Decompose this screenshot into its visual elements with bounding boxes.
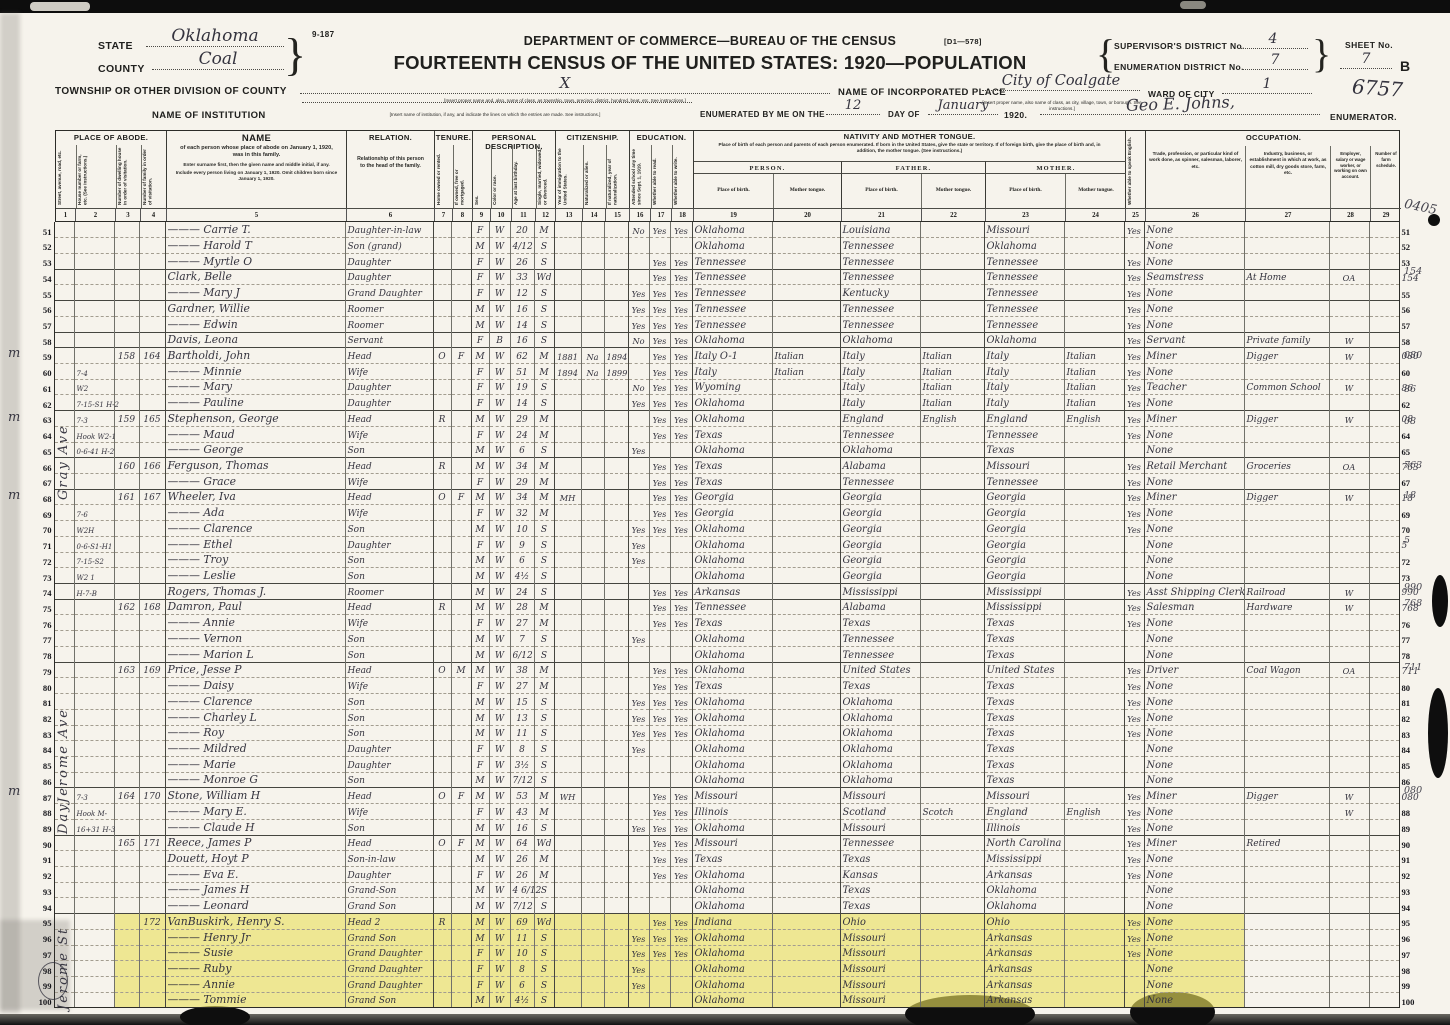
cell-c13 [554, 819, 581, 835]
cell-c21: Georgia [840, 489, 920, 505]
cell-c19: Oklahoma [692, 521, 772, 537]
cell-c29 [1369, 678, 1399, 694]
census-row-74: 74H-7-BRogers, Thomas J.RoomerMW24SYesYe… [28, 584, 1429, 600]
col-label-16: Attended school any time since Sept. 1, … [631, 146, 650, 206]
cell-c14 [581, 804, 604, 820]
cell-c26: None [1144, 694, 1244, 710]
cell-c8 [451, 631, 471, 647]
stamp-number: 6757 [1351, 74, 1403, 101]
cell-c3 [114, 756, 139, 772]
cell-c5: ——— Ethel [165, 536, 345, 552]
cell-c19: Italy [692, 363, 772, 379]
cell-c11: 6 [510, 442, 534, 458]
cell-c11: 10 [510, 945, 534, 961]
cell-c9: M [471, 552, 489, 568]
supervisor-district-value: 4 [1269, 31, 1278, 47]
cell-c29 [1369, 301, 1399, 317]
cell-c9: M [471, 709, 489, 725]
cell-c26: None [1144, 521, 1244, 537]
cell-c24: Italian [1064, 348, 1124, 364]
cell-c11: 11 [510, 929, 534, 945]
cell-c18: Yes [670, 348, 692, 364]
cell-c24 [1064, 835, 1124, 851]
cell-c29 [1369, 253, 1399, 269]
cell-c11: 32 [510, 505, 534, 521]
census-row-67: 67——— GraceWifeFW29MYesYesTexasTennessee… [28, 474, 1429, 490]
cell-c23: Oklahoma [984, 882, 1064, 898]
line-number-right: 96 [1399, 929, 1429, 945]
cell-c5: ——— Myrtle O [165, 253, 345, 269]
cell-c28 [1329, 945, 1369, 961]
cell-c19: Oklahoma [692, 756, 772, 772]
cell-c8 [451, 678, 471, 694]
cell-c11: 24 [510, 426, 534, 442]
cell-c24 [1064, 615, 1124, 631]
line-number-left: 80 [28, 678, 54, 694]
census-row-87: 877-3164170Stone, William HHeadOFMW53MWH… [28, 788, 1429, 804]
cell-c26: Seamstress [1144, 269, 1244, 285]
cell-c20 [772, 426, 840, 442]
cell-c29 [1369, 725, 1399, 741]
cell-c28 [1329, 851, 1369, 867]
cell-c13 [554, 222, 581, 238]
col-label-6: Relationship of this person to the head … [357, 156, 424, 171]
cell-c12: S [534, 741, 554, 757]
cell-c24 [1064, 694, 1124, 710]
cell-c21: Tennessee [840, 301, 920, 317]
cell-c12: S [534, 772, 554, 788]
cell-c17: Yes [649, 411, 670, 427]
cell-c18: Yes [670, 804, 692, 820]
cell-c19: Oklahoma [692, 536, 772, 552]
cell-c1 [54, 568, 74, 584]
cell-c29 [1369, 741, 1399, 757]
cell-c2 [74, 866, 114, 882]
cell-c26: None [1144, 992, 1244, 1008]
cell-c27 [1244, 505, 1329, 521]
cell-c23: Arkansas [984, 977, 1064, 993]
cell-c24 [1064, 662, 1124, 678]
cell-c6: Head [345, 348, 433, 364]
cell-c9: M [471, 882, 489, 898]
cell-c28 [1329, 898, 1369, 914]
margin-number: 154 [1404, 266, 1422, 277]
cell-c29 [1369, 599, 1399, 615]
cell-c10: W [489, 866, 510, 882]
cell-c3 [114, 709, 139, 725]
cell-c20 [772, 253, 840, 269]
col-number-4: 4 [141, 208, 167, 221]
cell-c21: Texas [840, 882, 920, 898]
line-number-right: 94 [1399, 898, 1429, 914]
cell-c26: None [1144, 615, 1244, 631]
group-title-abode: PLACE OF ABODE. [56, 133, 166, 142]
cell-c23: Mississippi [984, 599, 1064, 615]
cell-c6: Head 2 [345, 914, 433, 930]
cell-c24 [1064, 285, 1124, 301]
cell-c28 [1329, 977, 1369, 993]
subgroup-title-mother: MOTHER. [986, 162, 1126, 172]
cell-c13 [554, 694, 581, 710]
census-row-62: 627-15-S1 H-2——— PaulineDaughterFW14SYes… [28, 395, 1429, 411]
cell-c12: S [534, 238, 554, 254]
cell-c12: S [534, 631, 554, 647]
col-number-21: 21 [842, 208, 922, 221]
cell-c26: None [1144, 395, 1244, 411]
cell-c27 [1244, 395, 1329, 411]
census-row-86: 86——— Monroe GSonMW7/12SOklahomaOklahoma… [28, 772, 1429, 788]
cell-c4 [139, 505, 165, 521]
census-row-52: 52——— Harold TSon (grand)MW4/12SOklahoma… [28, 238, 1429, 254]
cell-c20 [772, 222, 840, 238]
cell-c4: 170 [139, 788, 165, 804]
cell-c15 [604, 379, 628, 395]
cell-c29 [1369, 898, 1399, 914]
margin-number: 990 [1404, 582, 1422, 593]
cell-c16: Yes [628, 709, 649, 725]
cell-c7 [433, 694, 451, 710]
col-label-17: Whether able to read. [652, 146, 671, 206]
census-row-79: 79163169Price, Jesse PHeadOMMW38MYesYesO… [28, 662, 1429, 678]
cell-c27 [1244, 898, 1329, 914]
cell-c6: Wife [345, 678, 433, 694]
cell-c27 [1244, 961, 1329, 977]
cell-c10: W [489, 316, 510, 332]
cell-c17: Yes [649, 709, 670, 725]
line-number-left: 73 [28, 568, 54, 584]
line-number-left: 85 [28, 756, 54, 772]
nativity-note: Place of birth of each person and parent… [710, 142, 1109, 155]
cell-c5: ——— George [165, 442, 345, 458]
cell-c2: Hook M- [74, 804, 114, 820]
cell-c12: S [534, 992, 554, 1008]
cell-c27 [1244, 552, 1329, 568]
cell-c13 [554, 568, 581, 584]
cell-c22: Italian [920, 363, 984, 379]
cell-c2 [74, 772, 114, 788]
cell-c2 [74, 929, 114, 945]
cell-c18 [670, 992, 692, 1008]
cell-c18: Yes [670, 505, 692, 521]
cell-c3 [114, 772, 139, 788]
cell-c22: Italian [920, 379, 984, 395]
cell-c11: 8 [510, 961, 534, 977]
cell-c29 [1369, 788, 1399, 804]
line-number-right: 56 [1399, 301, 1429, 317]
cell-c7 [433, 866, 451, 882]
cell-c17 [649, 631, 670, 647]
cell-c19: Texas [692, 615, 772, 631]
cell-c3: 161 [114, 489, 139, 505]
cell-c26: Retail Merchant [1144, 458, 1244, 474]
form-number: 9-187 [312, 30, 334, 39]
cell-c23: Georgia [984, 521, 1064, 537]
cell-c12: M [534, 866, 554, 882]
cell-c18: Yes [670, 458, 692, 474]
col-label-13: Year of immigration to the United States… [557, 146, 582, 206]
cell-c12: M [534, 678, 554, 694]
line-number-left: 70 [28, 521, 54, 537]
cell-c27: Groceries [1244, 458, 1329, 474]
cell-c20 [772, 741, 840, 757]
cell-c17 [649, 442, 670, 458]
cell-c18: Yes [670, 395, 692, 411]
cell-c2 [74, 474, 114, 490]
cell-c12: S [534, 709, 554, 725]
cell-c4 [139, 694, 165, 710]
cell-c27 [1244, 819, 1329, 835]
cell-c11: 16 [510, 301, 534, 317]
cell-c5: ——— Leonard [165, 898, 345, 914]
cell-c16: Yes [628, 316, 649, 332]
cell-c18: Yes [670, 474, 692, 490]
cell-c27: Railroad [1244, 584, 1329, 600]
cell-c28 [1329, 741, 1369, 757]
cell-c10: W [489, 977, 510, 993]
cell-c7 [433, 238, 451, 254]
cell-c11: 8 [510, 741, 534, 757]
line-number-left: 60 [28, 363, 54, 379]
cell-c25: Yes [1124, 662, 1144, 678]
cell-c14 [581, 379, 604, 395]
cell-c12: S [534, 945, 554, 961]
margin-number: 768 [1404, 598, 1422, 609]
cell-c22 [920, 945, 984, 961]
cell-c21: Texas [840, 615, 920, 631]
cell-c26: None [1144, 253, 1244, 269]
cell-c5: ——— Mary E. [165, 804, 345, 820]
cell-c16 [628, 992, 649, 1008]
cell-c12: Wd [534, 835, 554, 851]
cell-c14 [581, 756, 604, 772]
cell-c10: W [489, 363, 510, 379]
cell-c23: Tennessee [984, 316, 1064, 332]
cell-c15 [604, 568, 628, 584]
cell-c4 [139, 238, 165, 254]
cell-c18 [670, 756, 692, 772]
cell-c26: None [1144, 426, 1244, 442]
cell-c12: S [534, 552, 554, 568]
col-label-8: If owned, free or mortgaged. [454, 146, 472, 206]
cell-c28 [1329, 772, 1369, 788]
cell-c20 [772, 316, 840, 332]
cell-c28 [1329, 285, 1369, 301]
cell-c13 [554, 709, 581, 725]
line-number-left: 71 [28, 536, 54, 552]
cell-c5: ——— Eva E. [165, 866, 345, 882]
cell-c24 [1064, 332, 1124, 348]
cell-c3 [114, 804, 139, 820]
cell-c4 [139, 725, 165, 741]
cell-c12: S [534, 301, 554, 317]
cell-c8: M [451, 662, 471, 678]
cell-c17: Yes [649, 945, 670, 961]
cell-c16 [628, 269, 649, 285]
cell-c4 [139, 474, 165, 490]
line-number-right: 65 [1399, 442, 1429, 458]
cell-c21: Alabama [840, 599, 920, 615]
cell-c19: Oklahoma [692, 694, 772, 710]
cell-c19: Tennessee [692, 316, 772, 332]
cell-c4 [139, 866, 165, 882]
cell-c12: S [534, 756, 554, 772]
cell-c16 [628, 914, 649, 930]
cell-c20 [772, 835, 840, 851]
cell-c18: Yes [670, 662, 692, 678]
cell-c25 [1124, 898, 1144, 914]
line-number-right: 57 [1399, 316, 1429, 332]
cell-c8 [451, 866, 471, 882]
cell-c28 [1329, 961, 1369, 977]
cell-c3 [114, 945, 139, 961]
cell-c24 [1064, 992, 1124, 1008]
cell-c28 [1329, 316, 1369, 332]
cell-c7 [433, 882, 451, 898]
cell-c27 [1244, 882, 1329, 898]
cell-c27: Digger [1244, 411, 1329, 427]
cell-c14 [581, 285, 604, 301]
cell-c19: Wyoming [692, 379, 772, 395]
cell-c29 [1369, 521, 1399, 537]
cell-c20 [772, 914, 840, 930]
cell-c5: ——— Annie [165, 977, 345, 993]
cell-c21: Tennessee [840, 426, 920, 442]
cell-c18: Yes [670, 725, 692, 741]
cell-c6: Daughter [345, 253, 433, 269]
cell-c6: Daughter [345, 756, 433, 772]
cell-c14 [581, 395, 604, 411]
cell-c3 [114, 961, 139, 977]
cell-c16: Yes [628, 977, 649, 993]
col-number-8: 8 [453, 208, 473, 221]
cell-c26: None [1144, 285, 1244, 301]
cell-c23: Mississippi [984, 584, 1064, 600]
cell-c8 [451, 285, 471, 301]
cell-c4 [139, 442, 165, 458]
cell-c25: Yes [1124, 379, 1144, 395]
cell-c18: Yes [670, 332, 692, 348]
cell-c25: Yes [1124, 316, 1144, 332]
cell-c22 [920, 316, 984, 332]
col-number-6: 6 [347, 208, 435, 221]
cell-c3 [114, 929, 139, 945]
cell-c12: M [534, 851, 554, 867]
cell-c29 [1369, 694, 1399, 710]
cell-c3: 158 [114, 348, 139, 364]
cell-c7: O [433, 788, 451, 804]
margin-mark: m [8, 488, 20, 503]
cell-c21: Oklahoma [840, 772, 920, 788]
ward-value: 1 [1263, 76, 1272, 92]
cell-c19: Texas [692, 458, 772, 474]
cell-c8 [451, 694, 471, 710]
col-label-10: Color or race. [492, 146, 511, 206]
cell-c23: Italy [984, 395, 1064, 411]
cell-c28: W [1329, 788, 1369, 804]
cell-c13 [554, 285, 581, 301]
cell-c26: None [1144, 741, 1244, 757]
cell-c10: W [489, 253, 510, 269]
cell-c26: Miner [1144, 489, 1244, 505]
cell-c9: M [471, 599, 489, 615]
cell-c28: OA [1329, 269, 1369, 285]
cell-c15 [604, 316, 628, 332]
cell-c16 [628, 474, 649, 490]
cell-c13: WH [554, 788, 581, 804]
cell-c29 [1369, 489, 1399, 505]
line-number-right: 80 [1399, 678, 1429, 694]
cell-c25: Yes [1124, 505, 1144, 521]
cell-c17 [649, 646, 670, 662]
cell-c16: No [628, 379, 649, 395]
cell-c9: F [471, 426, 489, 442]
cell-c15 [604, 914, 628, 930]
cell-c26: Asst Shipping Clerk [1144, 584, 1244, 600]
cell-c13 [554, 316, 581, 332]
cell-c23: Arkansas [984, 866, 1064, 882]
cell-c12: M [534, 348, 554, 364]
cell-c6: Son [345, 709, 433, 725]
cell-c5: ——— Grace [165, 474, 345, 490]
cell-c27 [1244, 222, 1329, 238]
cell-c26: None [1144, 678, 1244, 694]
county-label: COUNTY [98, 63, 145, 75]
cell-c3: 165 [114, 835, 139, 851]
cell-c7 [433, 584, 451, 600]
census-row-68: 68161167Wheeler, IvaHeadOFMW34MMHYesYesG… [28, 489, 1429, 505]
cell-c2: 0-6-41 H-2 [74, 442, 114, 458]
cell-c11: 27 [510, 615, 534, 631]
cell-c19: Oklahoma [692, 977, 772, 993]
cell-c25: Yes [1124, 788, 1144, 804]
cell-c14 [581, 945, 604, 961]
cell-c29 [1369, 395, 1399, 411]
cell-c21: Georgia [840, 568, 920, 584]
page-title: FOURTEENTH CENSUS OF THE UNITED STATES: … [360, 52, 1060, 74]
cell-c24 [1064, 945, 1124, 961]
line-number-right: 95 [1399, 914, 1429, 930]
street-name: Jerome Ave [56, 598, 74, 803]
cell-c9: F [471, 332, 489, 348]
street-name: Day [56, 782, 74, 834]
cell-c27 [1244, 725, 1329, 741]
cell-c6: Grand Son [345, 929, 433, 945]
cell-c7 [433, 505, 451, 521]
colgroup-eng: Whether able to speak English. [1126, 131, 1146, 208]
cell-c22 [920, 914, 984, 930]
cell-c4 [139, 898, 165, 914]
cell-c29 [1369, 914, 1399, 930]
cell-c29 [1369, 977, 1399, 993]
cell-c26: None [1144, 851, 1244, 867]
township-value: X [560, 74, 571, 92]
cell-c4 [139, 615, 165, 631]
col-number-20: 20 [774, 208, 842, 221]
cell-c10: W [489, 741, 510, 757]
cell-c11: 14 [510, 395, 534, 411]
cell-c14 [581, 442, 604, 458]
cell-c7 [433, 552, 451, 568]
cell-c17: Yes [649, 316, 670, 332]
cell-c27: Private family [1244, 332, 1329, 348]
cell-c20 [772, 678, 840, 694]
cell-c17: Yes [649, 678, 670, 694]
cell-c16 [628, 662, 649, 678]
cell-c16 [628, 756, 649, 772]
cell-c25: Yes [1124, 725, 1144, 741]
census-scan-page: { "header": { "state_label": "STATE", "s… [0, 0, 1450, 1025]
cell-c9: F [471, 474, 489, 490]
